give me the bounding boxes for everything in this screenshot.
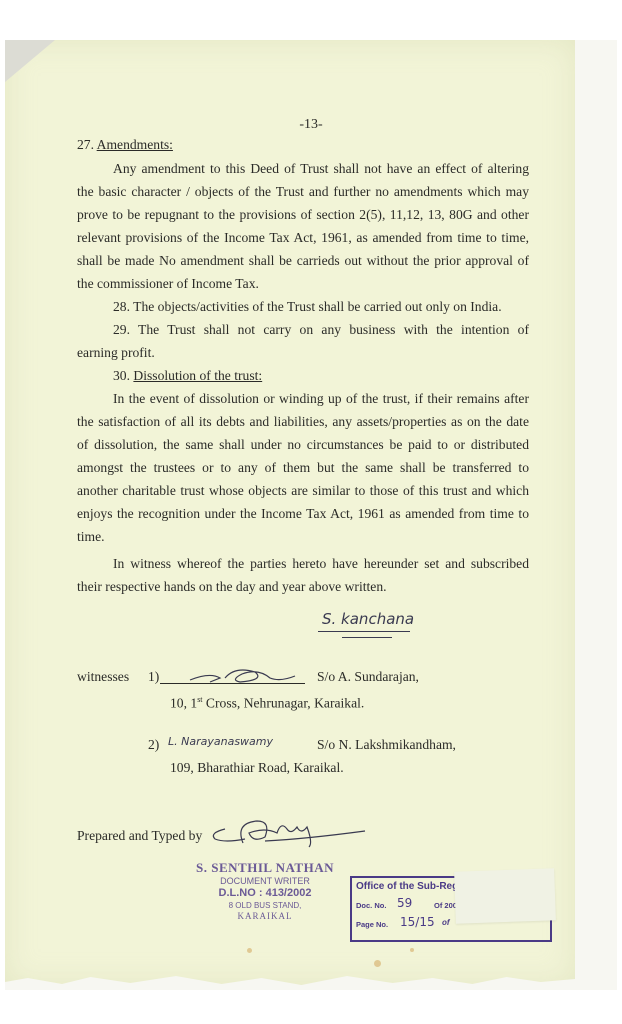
section-28: 28. The objects/activities of the Trust … [113, 296, 529, 318]
stamp-writer-title: DOCUMENT WRITER [170, 876, 360, 886]
witness-2-address: 109, Bharathiar Road, Karaikal. [170, 757, 470, 779]
witness-clause-line: In witness whereof the parties hereto ha… [113, 553, 529, 575]
section-number: 30. [113, 368, 130, 383]
paragraph-line: shall be made No amendment shall be carr… [77, 250, 529, 272]
section-29-line: earning profit. [77, 342, 529, 364]
paragraph-line: enjoys the recognition under the Income … [77, 503, 529, 525]
paper-flap [454, 868, 556, 923]
stain [247, 948, 252, 953]
address-part: 10, 1 [170, 696, 197, 711]
stamp-address-line2: KARAIKAL [170, 911, 360, 921]
section-heading: Dissolution of the trust: [133, 368, 262, 383]
witness-1-relation: S/o A. Sundarajan, [317, 666, 517, 688]
doc-of-label: Of 200 [434, 901, 457, 910]
paragraph-line: amongst the trustees or to any of them b… [77, 457, 529, 479]
section-27-heading: 27. Amendments: [77, 134, 529, 156]
folded-corner [5, 40, 55, 82]
prepared-by-signature [205, 813, 370, 851]
witness-2-signature: L. Narayanaswamy [168, 735, 273, 748]
paragraph-line: the basic character / objects of the Tru… [77, 181, 529, 203]
stamp-license-number: D.L.NO : 413/2002 [170, 887, 360, 899]
witnesses-label: witnesses [77, 666, 137, 688]
section-heading: Amendments: [97, 137, 173, 152]
address-part: Cross, Nehrunagar, Karaikal. [203, 696, 365, 711]
paragraph-line: prove to be repugnant to the provisions … [77, 204, 529, 226]
stamp-writer-name: S. SENTHIL NATHAN [170, 860, 360, 876]
stain [374, 960, 381, 967]
signature-underline [342, 637, 392, 638]
paragraph-line: the satisfaction of all its debts and li… [77, 411, 529, 433]
stain [410, 948, 414, 952]
page-no-value: 15/15 [400, 915, 435, 929]
paragraph-line: time. [77, 526, 529, 548]
page-no-label: Page No. [356, 920, 388, 929]
page-number: -13- [0, 117, 622, 133]
prepared-by-label: Prepared and Typed by [77, 825, 217, 847]
witness-1-index: 1) [148, 666, 178, 688]
section-29-line: 29. The Trust shall not carry on any bus… [113, 319, 529, 341]
paragraph-line: Any amendment to this Deed of Trust shal… [113, 158, 529, 180]
witness-1-address: 10, 1st Cross, Nehrunagar, Karaikal. [170, 689, 470, 715]
page-of-label: of [442, 918, 450, 927]
doc-no-value: 59 [397, 896, 412, 910]
doc-no-label: Doc. No. [356, 901, 386, 910]
witness-2-relation: S/o N. Lakshmikandham, [317, 734, 517, 756]
signature-underline [318, 631, 410, 632]
settlor-signature: S. kanchana [322, 610, 414, 628]
section-30-heading: 30. Dissolution of the trust: [113, 365, 529, 387]
registry-office: Office of the Sub-Regi [356, 881, 461, 892]
paragraph-line: the commissioner of Income Tax. [77, 273, 529, 295]
witness-1-signature [180, 662, 310, 688]
stamp-address-line1: 8 OLD BUS STAND, [170, 901, 360, 910]
paragraph-line: of dissolution, the same shall under no … [77, 434, 529, 456]
witness-clause-line: their respective hands on the day and ye… [77, 576, 529, 598]
paragraph-line: another charitable trust whose objects a… [77, 480, 529, 502]
paragraph-line: relevant provisions of the Income Tax Ac… [77, 227, 529, 249]
paragraph-line: In the event of dissolution or winding u… [113, 388, 529, 410]
section-number: 27. [77, 137, 94, 152]
